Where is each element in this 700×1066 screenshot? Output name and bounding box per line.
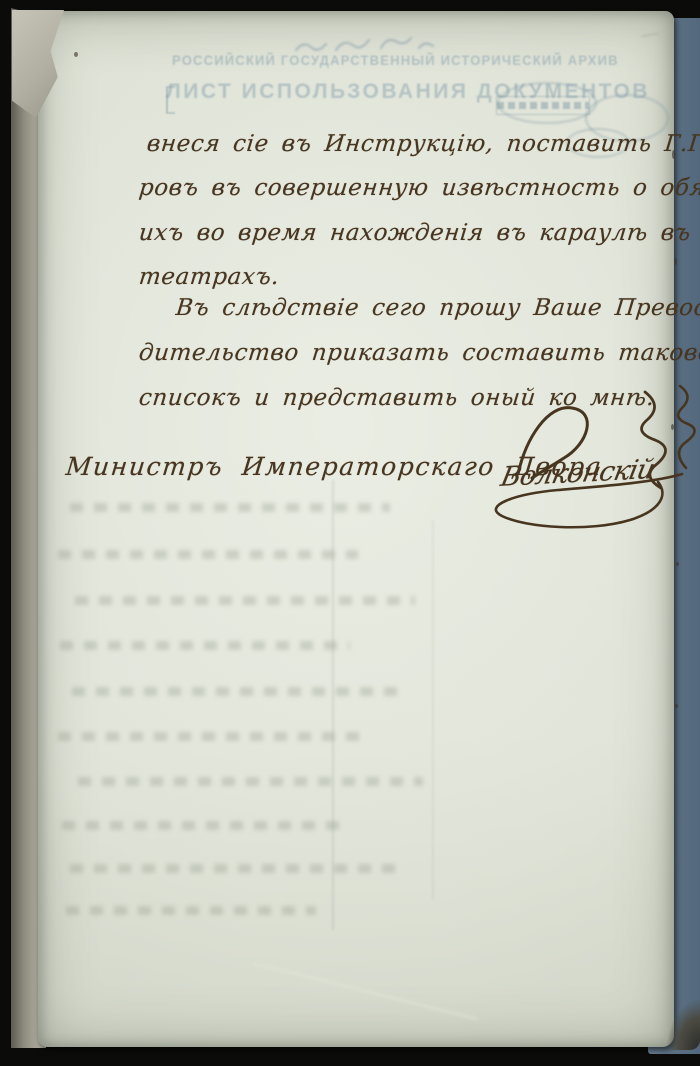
verso-smudge-line: [75, 596, 415, 605]
verso-smudge-line: [70, 503, 390, 512]
manuscript-line: ихъ во время нахожденія въ караулѣ въ: [138, 220, 693, 246]
manuscript-line: ровъ въ совершенную извѣстность о обязан…: [138, 175, 700, 201]
ink-speck: [676, 562, 679, 566]
bleedthrough-form-bracket: [166, 86, 175, 114]
verso-smudge-line: [58, 550, 358, 559]
verso-smudge-line: [78, 777, 423, 786]
bleedthrough-archive-name: РОССИЙСКИЙ ГОСУДАРСТВЕННЫЙ ИСТОРИЧЕСКИЙ …: [172, 53, 619, 69]
verso-smudge-line: [66, 906, 316, 915]
ink-speck: [675, 704, 678, 708]
scanned-document: РОССИЙСКИЙ ГОСУДАРСТВЕННЫЙ ИСТОРИЧЕСКИЙ …: [0, 0, 700, 1066]
curled-corner: [652, 978, 700, 1050]
pencil-folio-mark: [639, 19, 660, 38]
verso-smudge-line: [58, 732, 368, 741]
verso-smudge-line: [72, 687, 402, 696]
ink-speck: [672, 150, 675, 159]
paper-crease: [432, 520, 434, 900]
ink-speck: [674, 258, 677, 265]
paper-crease: [332, 480, 334, 930]
manuscript-line: дительство приказать составить таковой: [138, 340, 700, 366]
manuscript-line: внеся сіе въ Инструкцію, поставить Г.Г. …: [146, 131, 700, 157]
verso-smudge-line: [62, 821, 342, 830]
ink-speck: [74, 52, 78, 57]
signature-flourish: [430, 378, 700, 543]
verso-smudge-line: [70, 864, 400, 873]
verso-smudge-line: [60, 641, 350, 650]
bleedthrough-form-box: [496, 96, 590, 115]
ink-speck: [671, 424, 674, 430]
manuscript-line: Въ слѣдствіе сего прошу Ваше Превосхо-: [175, 295, 700, 321]
manuscript-line: театрахъ.: [138, 264, 281, 290]
